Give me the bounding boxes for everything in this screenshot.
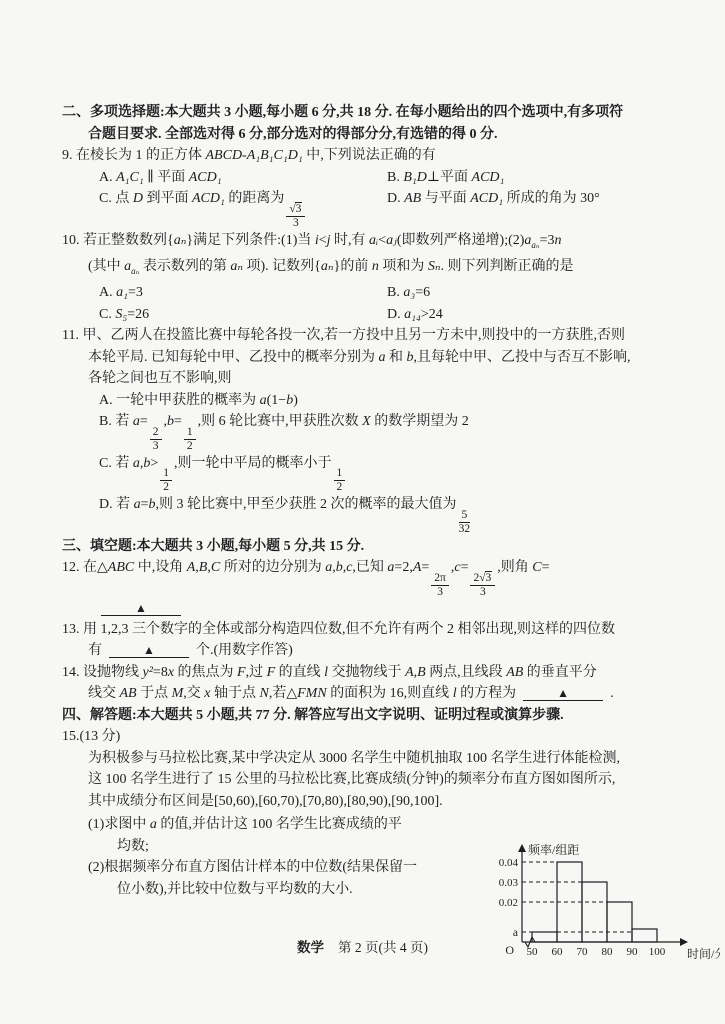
q10-options-cd-left: C. S₅=26 (99, 304, 387, 326)
text: 交抛物线于 (328, 665, 405, 680)
text: ,则 3 轮比赛中,甲至少获胜 2 次的概率的最大值为 (156, 497, 457, 512)
math-text: b (407, 350, 414, 365)
text: ,过 (246, 665, 267, 680)
text: 轴于点 (211, 686, 260, 701)
text: 中,设角 (134, 560, 187, 575)
text: 为积极参与马拉松比赛,某中学决定从 3000 名学生中随机抽取 100 名学生进… (88, 751, 620, 766)
math-text: ACD₁ (189, 170, 222, 185)
text: 三、填空题:本大题共 3 小题,每小题 5 分,共 15 分. (62, 539, 364, 554)
fraction: 12 (160, 467, 172, 494)
y-tick-label: 0.03 (499, 877, 519, 889)
q15-part1-line1: (1)求图中 a 的值,并估计这 100 名学生比赛成绩的平 (88, 814, 482, 836)
q11-stem-line3: 各轮之间也互不影响,则 (88, 368, 688, 390)
text: . 则下列判断正确的是 (441, 259, 574, 274)
q13-stem-line1: 13. 用 1,2,3 三个数字的全体或部分构造四位数,但不允许有两个 2 相邻… (62, 619, 688, 641)
text: 2 (337, 481, 343, 493)
fraction: √33 (286, 203, 305, 230)
math-text: ACD₁ (472, 170, 505, 185)
text: 3 (437, 586, 443, 598)
q9-stem: 9. 在棱长为 1 的正方体 ABCD-A₁B₁C₁D₁ 中,下列说法正确的有 (62, 145, 688, 167)
fraction: 23 (150, 426, 162, 453)
q11-stem-line2: 本轮平局. 已知每轮中甲、乙投中的概率分别为 a 和 b,且每轮中甲、乙投中与否… (88, 347, 688, 369)
text: . (610, 686, 614, 701)
text: ,则角 (497, 560, 532, 575)
q10-options-cd-right: D. a₁₄>24 (387, 304, 688, 326)
text: 这 100 名学生进行了 15 公里的马拉松比赛,比赛成绩(分钟)的频率分布直方… (88, 772, 615, 787)
text: 1 (187, 426, 193, 438)
exam-page: 二、多项选择题:本大题共 3 小题,每小题 6 分,共 18 分. 在每小题给出… (0, 0, 725, 1024)
math-text: X (362, 414, 371, 429)
math-text: AB (506, 665, 523, 680)
text: =3 (128, 285, 143, 300)
math-text: a (379, 350, 386, 365)
q12-stem: 12. 在△ABC 中,设角 A,B,C 所对的边分别为 a,b,c,已知 a=… (62, 557, 688, 599)
math-text: ACD₁ (470, 191, 503, 206)
text: ,已知 (352, 560, 387, 575)
text: 二、多项选择题:本大题共 3 小题,每小题 6 分,共 18 分. 在每小题给出… (62, 105, 623, 120)
text: 14. 设抛物线 (62, 665, 143, 680)
text: 10. 若正整数数列{ (62, 233, 174, 248)
math-text: a (150, 817, 157, 832)
q10-stem-line2: (其中 aaₙ 表示数列的第 aₙ 项). 记数列{aₙ}的前 n 项和为 Sₙ… (88, 256, 688, 282)
math-text: A (405, 665, 414, 680)
math-text: ABC (108, 560, 134, 575)
text: ,交 (183, 686, 204, 701)
section2-header-line2: 合题目要求. 全部选对得 6 分,部分选对的得部分分,有选错的得 0 分. (88, 124, 688, 146)
math-text: a (134, 497, 141, 512)
text: D. (387, 191, 404, 206)
footer-subject: 数学 (297, 940, 324, 955)
text: C. 点 (99, 191, 133, 206)
text: 32 (459, 523, 471, 535)
text: >24 (421, 307, 443, 322)
fraction: 532 (459, 509, 471, 536)
text: 项). 记数列{ (243, 259, 321, 274)
q10-options-ab-right: B. a₃=6 (387, 282, 688, 304)
math-text: aₙ (321, 259, 334, 274)
math-text: F (267, 665, 276, 680)
q11-option-d: D. 若 a=b,则 3 轮比赛中,甲至少获胜 2 次的概率的最大值为532 (99, 494, 688, 536)
text: ,则一轮中平局的概率小于 (174, 456, 332, 471)
section4-header: 四、解答题:本大题共 5 小题,共 77 分. 解答应写出文字说明、证明过程或演… (62, 705, 688, 727)
text: }的前 (334, 259, 372, 274)
q14-stem-line2: 线交 AB 于点 M,交 x 轴于点 N,若△FMN 的面积为 16,则直线 l… (88, 683, 688, 705)
hist-bar (582, 882, 607, 942)
exam-content: 二、多项选择题:本大题共 3 小题,每小题 6 分,共 18 分. 在每小题给出… (62, 102, 688, 977)
math-text: a (260, 393, 267, 408)
footer-page-number: 第 2 页(共 4 页) (338, 940, 428, 955)
text: 的值,并估计这 100 名学生比赛成绩的平 (157, 817, 402, 832)
text: A. 一轮中甲获胜的概率为 (99, 393, 260, 408)
q13-stem-line2: 有▲个.(用数字作答) (88, 640, 688, 662)
math-text: b (336, 560, 343, 575)
q15-stem-line1: 为积极参与马拉松比赛,某中学决定从 3000 名学生中随机抽取 100 名学生进… (88, 748, 688, 770)
text: 12. 在△ (62, 560, 108, 575)
text: A. (99, 170, 116, 185)
text: A. (99, 285, 116, 300)
text: (1− (267, 393, 287, 408)
answer-blank: ▲ (109, 643, 189, 658)
q9-options-ab-right: B. B₁D⊥平面 ACD₁ (387, 167, 688, 189)
text: 其中成绩分布区间是[50,60),[60,70),[70,80),[80,90)… (88, 794, 443, 809)
q11-option-c: C. 若 a,b>12,则一轮中平局的概率小于12 (99, 453, 688, 495)
math-text: ACD₁ (192, 191, 225, 206)
text: 2π (434, 572, 446, 584)
sqrt-radical: √3 (289, 202, 302, 215)
math-text: ABCD-A₁B₁C₁D₁ (206, 148, 303, 163)
text: = (461, 560, 469, 575)
text: 2 (163, 481, 169, 493)
section3-header: 三、填空题:本大题共 3 小题,每小题 5 分,共 15 分. (62, 536, 688, 558)
text: C. 若 (99, 456, 133, 471)
text: 9. 在棱长为 1 的正方体 (62, 148, 206, 163)
math-text: B₁D (403, 170, 427, 185)
text: 的距离为 (225, 191, 285, 206)
math-text: AB (120, 686, 137, 701)
text: 到平面 (143, 191, 192, 206)
text: 合题目要求. 全部选对得 6 分,部分选对的得部分分,有选错的得 0 分. (88, 127, 498, 142)
q10-stem-line1: 10. 若正整数数列{aₙ}满足下列条件:(1)当 i<j 时,有 aᵢ<aⱼ(… (62, 230, 688, 256)
text: C. (99, 307, 115, 322)
text: 3 (480, 586, 486, 598)
text: = (174, 414, 182, 429)
text: =2, (394, 560, 412, 575)
text: 的垂直平分 (523, 665, 597, 680)
math-text: FMN (297, 686, 327, 701)
q9-options-ab-left: A. A₁C₁ ∥ 平面 ACD₁ (99, 167, 387, 189)
math-text: A (187, 560, 196, 575)
text: = (542, 560, 550, 575)
text: ∥ 平面 (144, 170, 189, 185)
q9-options-ab: A. A₁C₁ ∥ 平面 ACD₁B. B₁D⊥平面 ACD₁ (62, 167, 688, 189)
math-text: a₃ (403, 285, 415, 300)
text: ,若△ (269, 686, 297, 701)
text: B. (387, 170, 403, 185)
y-tick-label: 0.04 (499, 857, 519, 869)
text: ⊥平面 (427, 170, 472, 185)
q15-part2-line2: 位小数),并比较中位数与平均数的大小. (117, 879, 482, 901)
math-text: b (167, 414, 174, 429)
section2-header-line1: 二、多项选择题:本大题共 3 小题,每小题 6 分,共 18 分. 在每小题给出… (62, 102, 688, 124)
text: 所对的边分别为 (220, 560, 325, 575)
y-axis-arrow (518, 844, 526, 852)
q9-options-cd: C. 点 D 到平面 ACD₁ 的距离为√33D. AB 与平面 ACD₁ 所成… (62, 188, 688, 230)
blocks: 二、多项选择题:本大题共 3 小题,每小题 6 分,共 18 分. 在每小题给出… (62, 102, 688, 812)
fraction: 12 (334, 467, 346, 494)
math-text: D (133, 191, 143, 206)
text: (1)求图中 (88, 817, 150, 832)
text: < (378, 233, 386, 248)
q15-stem-line3: 其中成绩分布区间是[50,60),[60,70),[70,80),[80,90)… (88, 791, 688, 813)
math-text: A₁C₁ (116, 170, 144, 185)
q15-stem-line2: 这 100 名学生进行了 15 公里的马拉松比赛,比赛成绩(分钟)的频率分布直方… (88, 769, 688, 791)
q10-options-ab: A. a₁=3B. a₃=6 (62, 282, 688, 304)
math-text: B (417, 665, 426, 680)
text: B. 若 (99, 414, 133, 429)
math-text: b (149, 497, 156, 512)
math-text: C (211, 560, 220, 575)
text: > (150, 456, 158, 471)
text: 线交 (88, 686, 120, 701)
y-tick-label: 0.02 (499, 897, 518, 909)
text: 的数学期望为 2 (371, 414, 469, 429)
text: 与平面 (421, 191, 470, 206)
math-text: N (260, 686, 269, 701)
page-footer: 数学第 2 页(共 4 页) (0, 936, 725, 956)
text: 的焦点为 (174, 665, 237, 680)
text: (即数列严格递增);(2) (397, 233, 525, 248)
math-text: a (133, 456, 140, 471)
y-axis-label: 频率/组距 (528, 842, 579, 857)
math-text: Sₙ (428, 259, 441, 274)
text: = (141, 497, 149, 512)
text: 表示数列的第 (139, 259, 230, 274)
text: 13. 用 1,2,3 三个数字的全体或部分构造四位数,但不允许有两个 2 相邻… (62, 622, 615, 637)
fraction: 12 (184, 426, 196, 453)
text: 15.(13 分) (62, 729, 120, 744)
text: 2 (153, 426, 159, 438)
text: 和 (386, 350, 407, 365)
text: = (140, 414, 148, 429)
q14-stem-line1: 14. 设抛物线 y²=8x 的焦点为 F,过 F 的直线 l 交抛物线于 A,… (62, 662, 688, 684)
q15-part2-line1: (2)根据频率分布直方图估计样本的中位数(结果保留一 (88, 857, 482, 879)
q9-options-cd-left: C. 点 D 到平面 ACD₁ 的距离为√33 (99, 188, 387, 230)
text: =26 (127, 307, 149, 322)
math-text: a₁ (116, 285, 128, 300)
subscript: aₙ (531, 239, 539, 249)
text: 2 (187, 440, 193, 452)
text: 项和为 (379, 259, 428, 274)
text: 3 (293, 217, 299, 229)
text: 四、解答题:本大题共 5 小题,共 77 分. 解答应写出文字说明、证明过程或演… (62, 708, 564, 723)
text: ,则 6 轮比赛中,甲获胜次数 (198, 414, 363, 429)
q10-options-cd: C. S₅=26D. a₁₄>24 (62, 304, 688, 326)
math-text: a₁₄ (404, 307, 421, 322)
math-text: aⱼ (386, 233, 397, 248)
q11-option-b: B. 若 a=23,b=12,则 6 轮比赛中,甲获胜次数 X 的数学期望为 2 (99, 411, 688, 453)
text: (2)根据频率分布直方图估计样本的中位数(结果保留一 (88, 860, 417, 875)
text: D. (387, 307, 404, 322)
math-text: F (237, 665, 246, 680)
q11-stem-line1: 11. 甲、乙两人在投篮比赛中每轮各投一次,若一方投中且另一方未中,则投中的一方… (62, 325, 688, 347)
text: 于点 (137, 686, 172, 701)
math-text: AB (404, 191, 421, 206)
text: 3 (153, 440, 159, 452)
text: D. 若 (99, 497, 134, 512)
text: 1 (337, 467, 343, 479)
text: =6 (415, 285, 430, 300)
text: 各轮之间也互不影响,则 (88, 371, 232, 386)
text: 5 (462, 509, 468, 521)
text: ,且每轮中甲、乙投中与否互不影响, (414, 350, 631, 365)
math-text: C (532, 560, 541, 575)
text: (其中 (88, 259, 124, 274)
text: 所成的角为 30° (503, 191, 600, 206)
answer-blank: ▲ (523, 686, 603, 701)
text: =8 (153, 665, 168, 680)
text: 个.(用数字作答) (196, 643, 293, 658)
text: }满足下列条件:(1)当 (186, 233, 314, 248)
fraction: 2π3 (431, 572, 449, 599)
math-text: a (133, 414, 140, 429)
text: 两点,且线段 (426, 665, 507, 680)
q9-options-cd-right: D. AB 与平面 ACD₁ 所成的角为 30° (387, 188, 688, 230)
text: 时,有 (331, 233, 370, 248)
answer-blank: ▲ (101, 601, 181, 616)
text: 均数; (117, 839, 149, 854)
text: 1 (163, 467, 169, 479)
text: 中,下列说法正确的有 (303, 148, 436, 163)
text: 位小数),并比较中位数与平均数的大小. (117, 882, 353, 897)
text: 有 (88, 643, 102, 658)
text: 的方程为 (457, 686, 517, 701)
math-text: aₙ (174, 233, 187, 248)
math-text: S₅ (115, 307, 127, 322)
math-text: aᵢ (369, 233, 378, 248)
q11-option-a: A. 一轮中甲获胜的概率为 a(1−b) (99, 390, 688, 412)
q12-answer-blank: ▲ (94, 599, 688, 619)
q15-number: 15.(13 分) (62, 726, 688, 748)
q10-options-ab-left: A. a₁=3 (99, 282, 387, 304)
text: < (319, 233, 327, 248)
text: 的直线 (275, 665, 324, 680)
text: =3 (540, 233, 555, 248)
text: 的面积为 16,则直线 (327, 686, 453, 701)
text: ) (293, 393, 298, 408)
math-text: n (554, 233, 561, 248)
fraction: 2√33 (470, 572, 495, 599)
text: 11. 甲、乙两人在投篮比赛中每轮各投一次,若一方投中且另一方未中,则投中的一方… (62, 328, 625, 343)
math-text: aₙ (230, 259, 243, 274)
text: B. (387, 285, 403, 300)
math-text: n (372, 259, 379, 274)
text: = (421, 560, 429, 575)
math-text: y² (143, 665, 153, 680)
sqrt-radical: √3 (479, 571, 492, 584)
q15-part1-line2: 均数; (117, 836, 482, 858)
text: 本轮平局. 已知每轮中甲、乙投中的概率分别为 (88, 350, 379, 365)
math-text: M (172, 686, 184, 701)
